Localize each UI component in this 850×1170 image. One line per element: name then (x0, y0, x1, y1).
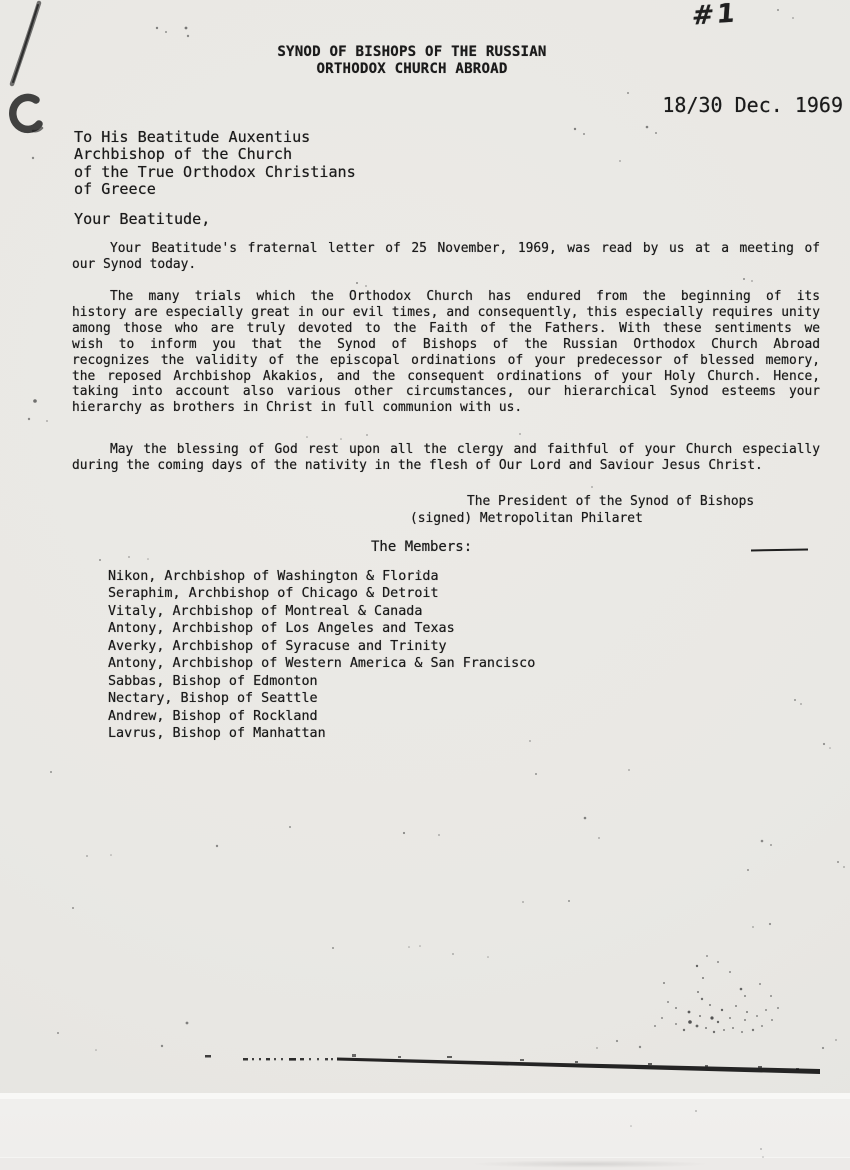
paragraph-line: history are especially great in our evil… (72, 305, 820, 321)
recipient-line: of the True Orthodox Christians (74, 164, 356, 181)
paragraph-line: The many trials which the Orthodox Churc… (72, 289, 820, 305)
recipient-line: To His Beatitude Auxentius (74, 129, 356, 146)
paragraph-line: Your Beatitude's fraternal letter of 25 … (72, 241, 820, 257)
paragraph-line: wish to inform you that the Synod of Bis… (72, 337, 820, 353)
paragraph-line: among those who are truly devoted to the… (72, 321, 820, 337)
paragraph-line: our Synod today. (72, 257, 820, 273)
page-number-annotation: #1 (691, 0, 739, 32)
paragraph-line: recognizes the validity of the episcopal… (72, 353, 820, 369)
letter-date: 18/30 Dec. 1969 (0, 94, 843, 116)
members-list: Nikon, Archbishop of Washington & Florid… (108, 568, 535, 743)
organization-name-line1: SYNOD OF BISHOPS OF THE RUSSIAN (0, 44, 824, 61)
member-item: Averky, Archbishop of Syracuse and Trini… (108, 638, 535, 655)
member-item: Andrew, Bishop of Rockland (108, 708, 535, 725)
paragraph-line: hierarchy as brothers in Christ in full … (72, 400, 820, 416)
signature-name: (signed) Metropolitan Philaret (410, 511, 643, 527)
member-item: Antony, Archbishop of Los Angeles and Te… (108, 620, 535, 637)
paragraph-line: during the coming days of the nativity i… (72, 458, 820, 474)
paragraph-line: taking into account also various other c… (72, 384, 820, 400)
paragraph-2: The many trials which the Orthodox Churc… (72, 289, 820, 416)
paragraph-3: May the blessing of God rest upon all th… (72, 442, 820, 474)
scan-smudge (470, 1160, 710, 1168)
scan-bottom-strip (0, 1157, 850, 1170)
member-item: Lavrus, Bishop of Manhattan (108, 725, 535, 742)
member-item: Antony, Archbishop of Western America & … (108, 655, 535, 672)
letterhead: SYNOD OF BISHOPS OF THE RUSSIAN ORTHODOX… (0, 44, 824, 77)
member-item: Vitaly, Archbishop of Montreal & Canada (108, 603, 535, 620)
recipient-address: To His Beatitude Auxentius Archbishop of… (74, 129, 356, 199)
member-item: Seraphim, Archbishop of Chicago & Detroi… (108, 585, 535, 602)
recipient-line: Archbishop of the Church (74, 146, 356, 163)
organization-name-line2: ORTHODOX CHURCH ABROAD (0, 61, 824, 78)
member-item: Nectary, Bishop of Seattle (108, 690, 535, 707)
member-item: Sabbas, Bishop of Edmonton (108, 673, 535, 690)
recipient-line: of Greece (74, 181, 356, 198)
paragraph-line: the reposed Archbishop Akakios, and the … (72, 369, 820, 385)
salutation: Your Beatitude, (74, 211, 210, 228)
paragraph-line: May the blessing of God rest upon all th… (72, 442, 820, 458)
member-item: Nikon, Archbishop of Washington & Florid… (108, 568, 535, 585)
paragraph-1: Your Beatitude's fraternal letter of 25 … (72, 241, 820, 273)
members-heading: The Members: (371, 539, 472, 555)
signature-title: The President of the Synod of Bishops (467, 494, 754, 510)
